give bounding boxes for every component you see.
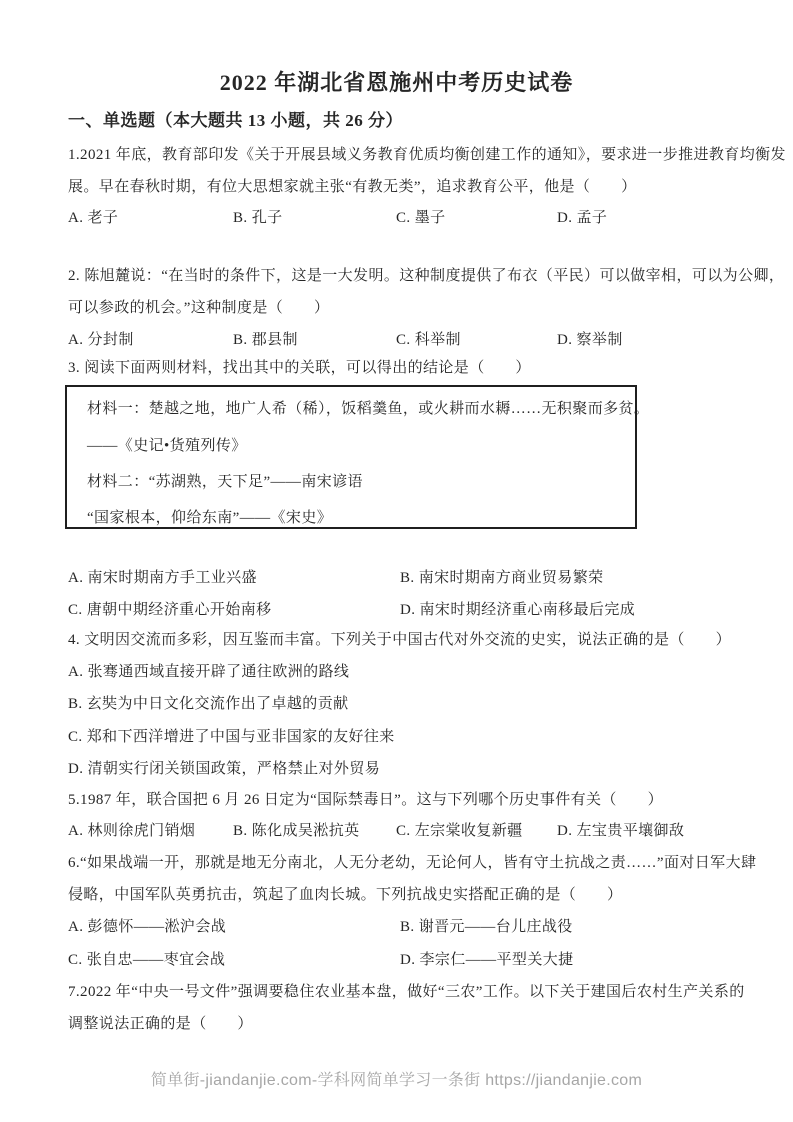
question-3-option-a: A. 南宋时期南方手工业兴盛 <box>68 568 257 588</box>
question-4-option-d: D. 清朝实行闭关锁国政策，严格禁止对外贸易 <box>68 759 380 779</box>
question-2-line-1: 2. 陈旭麓说：“在当时的条件下，这是一大发明。这种制度提供了布衣（平民）可以做… <box>68 266 784 286</box>
question-7-line-1: 7.2022 年“中央一号文件”强调要稳住农业基本盘，做好“三农”工作。以下关于… <box>68 982 745 1002</box>
question-5-option-b: B. 陈化成吴淞抗英 <box>233 821 360 841</box>
question-2-option-c: C. 科举制 <box>396 330 461 350</box>
question-2-option-d: D. 察举制 <box>557 330 623 350</box>
question-3-stem: 3. 阅读下面两则材料，找出其中的关联，可以得出的结论是（ ） <box>68 358 531 378</box>
question-3-option-d: D. 南宋时期经济重心南移最后完成 <box>400 600 635 620</box>
question-2-option-a: A. 分封制 <box>68 330 134 350</box>
question-6-option-a: A. 彭德怀——淞沪会战 <box>68 917 226 937</box>
material-2-source: “国家根本，仰给东南”——《宋史》 <box>87 508 332 528</box>
section-heading: 一、单选题（本大题共 13 小题，共 26 分） <box>68 106 403 131</box>
question-5-option-a: A. 林则徐虎门销烟 <box>68 821 195 841</box>
material-box: 材料一：楚越之地，地广人希（稀），饭稻羹鱼，或火耕而水耨……无积聚而多贫。 ——… <box>65 385 637 529</box>
exam-page: 2022 年湖北省恩施州中考历史试卷 一、单选题（本大题共 13 小题，共 26… <box>0 0 793 1122</box>
question-5-option-d: D. 左宝贵平壤御敌 <box>557 821 684 841</box>
page-title: 2022 年湖北省恩施州中考历史试卷 <box>0 66 793 97</box>
question-6-line-1: 6.“如果战端一开，那就是地无分南北，人无分老幼，无论何人，皆有守土抗战之责……… <box>68 853 756 873</box>
question-1-option-a: A. 老子 <box>68 208 118 228</box>
question-2-option-b: B. 郡县制 <box>233 330 298 350</box>
question-2-line-2: 可以参政的机会。”这种制度是（ ） <box>68 298 329 318</box>
material-1-text: 材料一：楚越之地，地广人希（稀），饭稻羹鱼，或火耕而水耨……无积聚而多贫。 <box>87 399 649 419</box>
question-3-option-c: C. 唐朝中期经济重心开始南移 <box>68 600 272 620</box>
question-1-line-2: 展。早在春秋时期，有位大思想家就主张“有教无类”，追求教育公平，他是（ ） <box>68 177 637 197</box>
question-6-option-d: D. 李宗仁——平型关大捷 <box>400 950 574 970</box>
question-6-option-c: C. 张自忠——枣宜会战 <box>68 950 225 970</box>
question-4-option-b: B. 玄奘为中日文化交流作出了卓越的贡献 <box>68 694 349 714</box>
footer-text: 简单街-jiandanjie.com-学科网简单学习一条街 https://ji… <box>0 1067 793 1090</box>
question-4-option-c: C. 郑和下西洋增进了中国与亚非国家的友好往来 <box>68 727 395 747</box>
question-6-option-b: B. 谢晋元——台儿庄战役 <box>400 917 573 937</box>
question-1-line-1: 1.2021 年底，教育部印发《关于开展县域义务教育优质均衡创建工作的通知》，要… <box>68 145 786 165</box>
question-3-option-b: B. 南宋时期南方商业贸易繁荣 <box>400 568 604 588</box>
question-5-option-c: C. 左宗棠收复新疆 <box>396 821 523 841</box>
material-1-source: ——《史记•货殖列传》 <box>87 436 247 456</box>
question-1-option-c: C. 墨子 <box>396 208 446 228</box>
question-4-stem: 4. 文明因交流而多彩，因互鉴而丰富。下列关于中国古代对外交流的史实，说法正确的… <box>68 630 731 650</box>
question-1-option-b: B. 孔子 <box>233 208 283 228</box>
question-1-option-d: D. 孟子 <box>557 208 607 228</box>
question-7-line-2: 调整说法正确的是（ ） <box>68 1014 253 1034</box>
question-4-option-a: A. 张骞通西域直接开辟了通往欧洲的路线 <box>68 662 349 682</box>
question-6-line-2: 侵略，中国军队英勇抗击，筑起了血肉长城。下列抗战史实搭配正确的是（ ） <box>68 885 622 905</box>
material-2-text: 材料二：“苏湖熟，天下足”——南宋谚语 <box>87 472 363 492</box>
question-5-stem: 5.1987 年，联合国把 6 月 26 日定为“国际禁毒日”。这与下列哪个历史… <box>68 790 663 810</box>
